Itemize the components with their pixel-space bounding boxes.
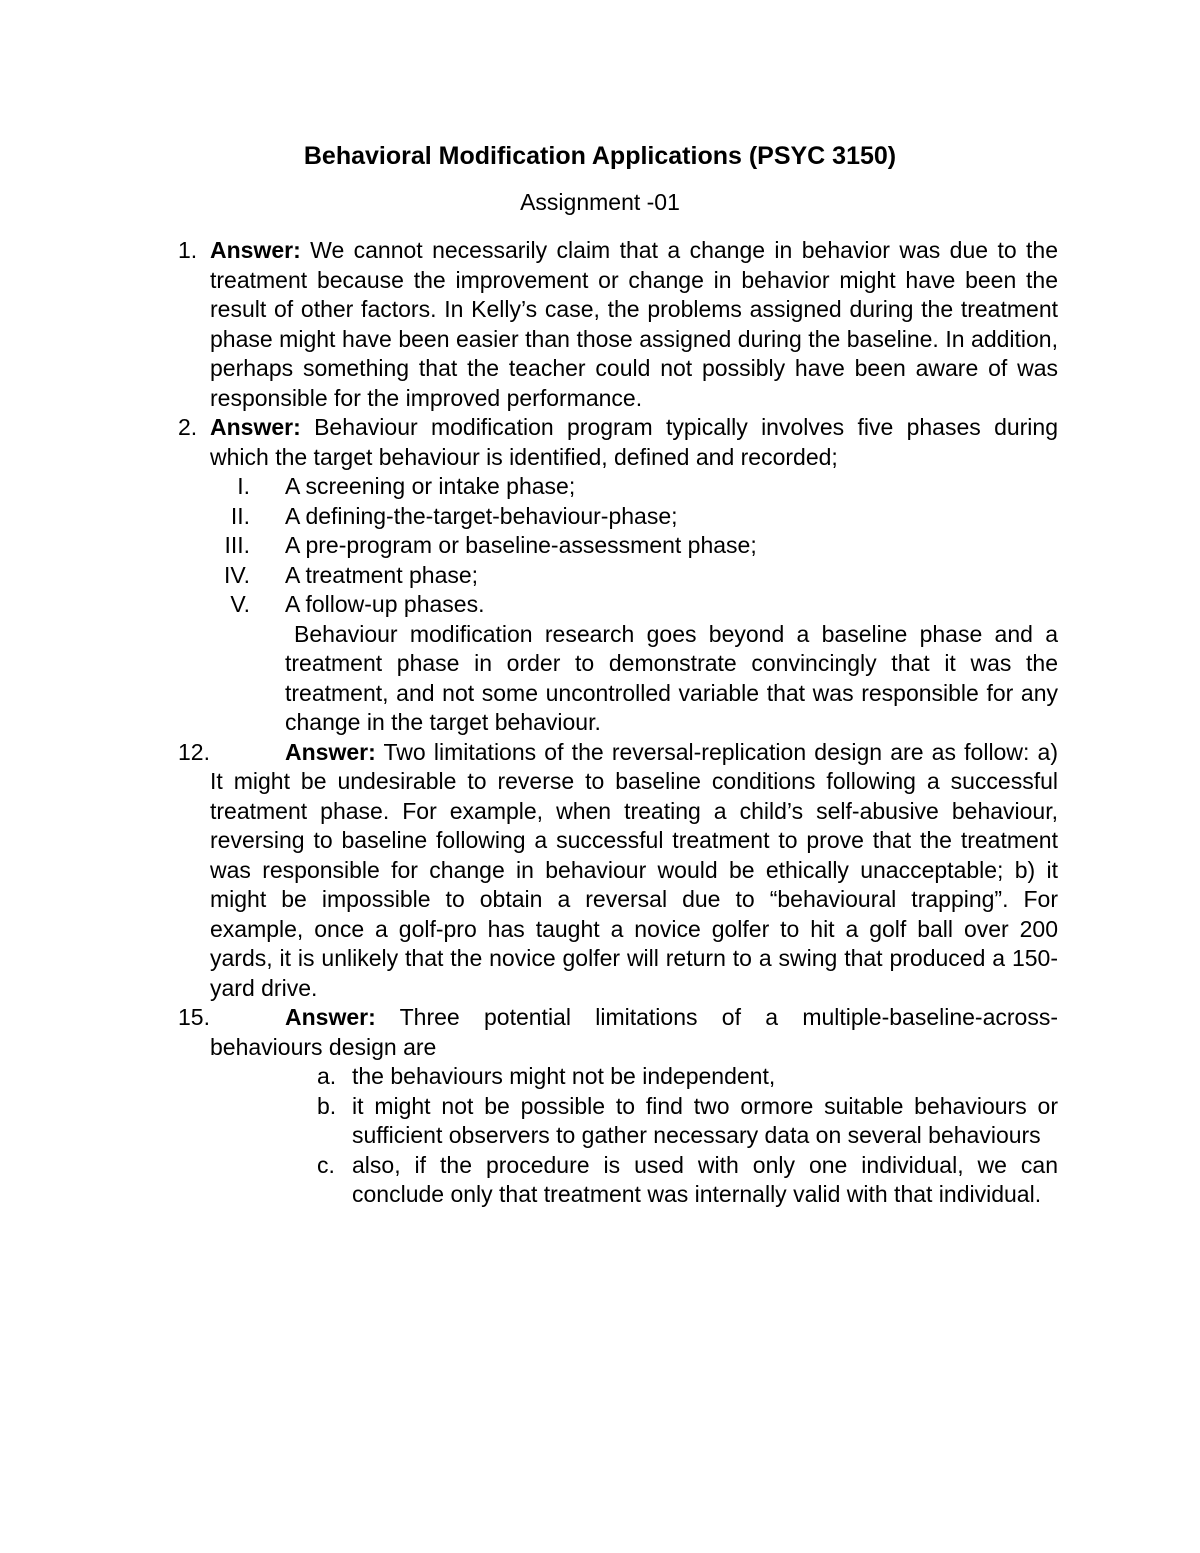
list-item: b. it might not be possible to find two … [317, 1092, 1058, 1151]
limitations-list: a. the behaviours might not be independe… [210, 1062, 1058, 1210]
page-subtitle: Assignment -01 [160, 187, 1040, 217]
answer-item-1: 1. Answer: We cannot necessarily claim t… [178, 236, 1058, 413]
item-number: 2. [178, 413, 197, 443]
answer-label: Answer: [285, 739, 376, 765]
list-item-text: also, if the procedure is used with only… [352, 1151, 1058, 1210]
answer-label: Answer: [210, 414, 301, 440]
document-page: Behavioral Modification Applications (PS… [0, 0, 1200, 1553]
list-item: II. A defining-the-target-behaviour-phas… [210, 502, 1058, 532]
answer-paragraph: Answer: Behaviour modification program t… [210, 413, 1058, 472]
list-marker: c. [317, 1151, 352, 1210]
answer-item-12: 12. Answer: Two limitations of the rever… [178, 738, 1058, 1004]
list-marker: a. [317, 1062, 352, 1092]
list-item-text: A defining-the-target-behaviour-phase; [285, 502, 678, 532]
item-number: 15. [178, 1003, 210, 1033]
list-item: IV. A treatment phase; [210, 561, 1058, 591]
answer-paragraph: Answer: Three potential limitations of a… [210, 1003, 1058, 1062]
list-marker: IV. [210, 561, 250, 591]
answer-text: We cannot necessarily claim that a chang… [210, 237, 1058, 411]
answer-item-2: 2. Answer: Behaviour modification progra… [178, 413, 1058, 738]
list-item-text: the behaviours might not be independent, [352, 1062, 1058, 1092]
list-item-text: A treatment phase; [285, 561, 478, 591]
list-marker: V. [210, 590, 250, 620]
list-item: I. A screening or intake phase; [210, 472, 1058, 502]
list-item: V. A follow-up phases. [210, 590, 1058, 620]
list-item-text: A pre-program or baseline-assessment pha… [285, 531, 757, 561]
item-number: 12. [178, 738, 210, 768]
page-title: Behavioral Modification Applications (PS… [160, 141, 1040, 171]
answer-item-15: 15. Answer: Three potential limitations … [178, 1003, 1058, 1210]
answer-text: Two limitations of the reversal-replicat… [210, 739, 1058, 1001]
list-marker: II. [210, 502, 250, 532]
list-item: III. A pre-program or baseline-assessmen… [210, 531, 1058, 561]
list-item-text: A screening or intake phase; [285, 472, 575, 502]
list-marker: b. [317, 1092, 352, 1151]
list-marker: III. [210, 531, 250, 561]
answer-paragraph: Answer: We cannot necessarily claim that… [210, 236, 1058, 413]
list-item-text: A follow-up phases. [285, 590, 484, 620]
list-item: c. also, if the procedure is used with o… [317, 1151, 1058, 1210]
list-marker: I. [210, 472, 250, 502]
answer-label: Answer: [285, 1004, 376, 1030]
answer-paragraph: Answer: Two limitations of the reversal-… [210, 738, 1058, 1004]
list-item: a. the behaviours might not be independe… [317, 1062, 1058, 1092]
answer-text: Behaviour modification program typically… [210, 414, 1058, 470]
note-paragraph: Behaviour modification research goes bey… [285, 620, 1058, 738]
list-item-text: it might not be possible to find two orm… [352, 1092, 1058, 1151]
item-number: 1. [178, 236, 197, 266]
answer-label: Answer: [210, 237, 301, 263]
phases-list: I. A screening or intake phase; II. A de… [210, 472, 1058, 620]
